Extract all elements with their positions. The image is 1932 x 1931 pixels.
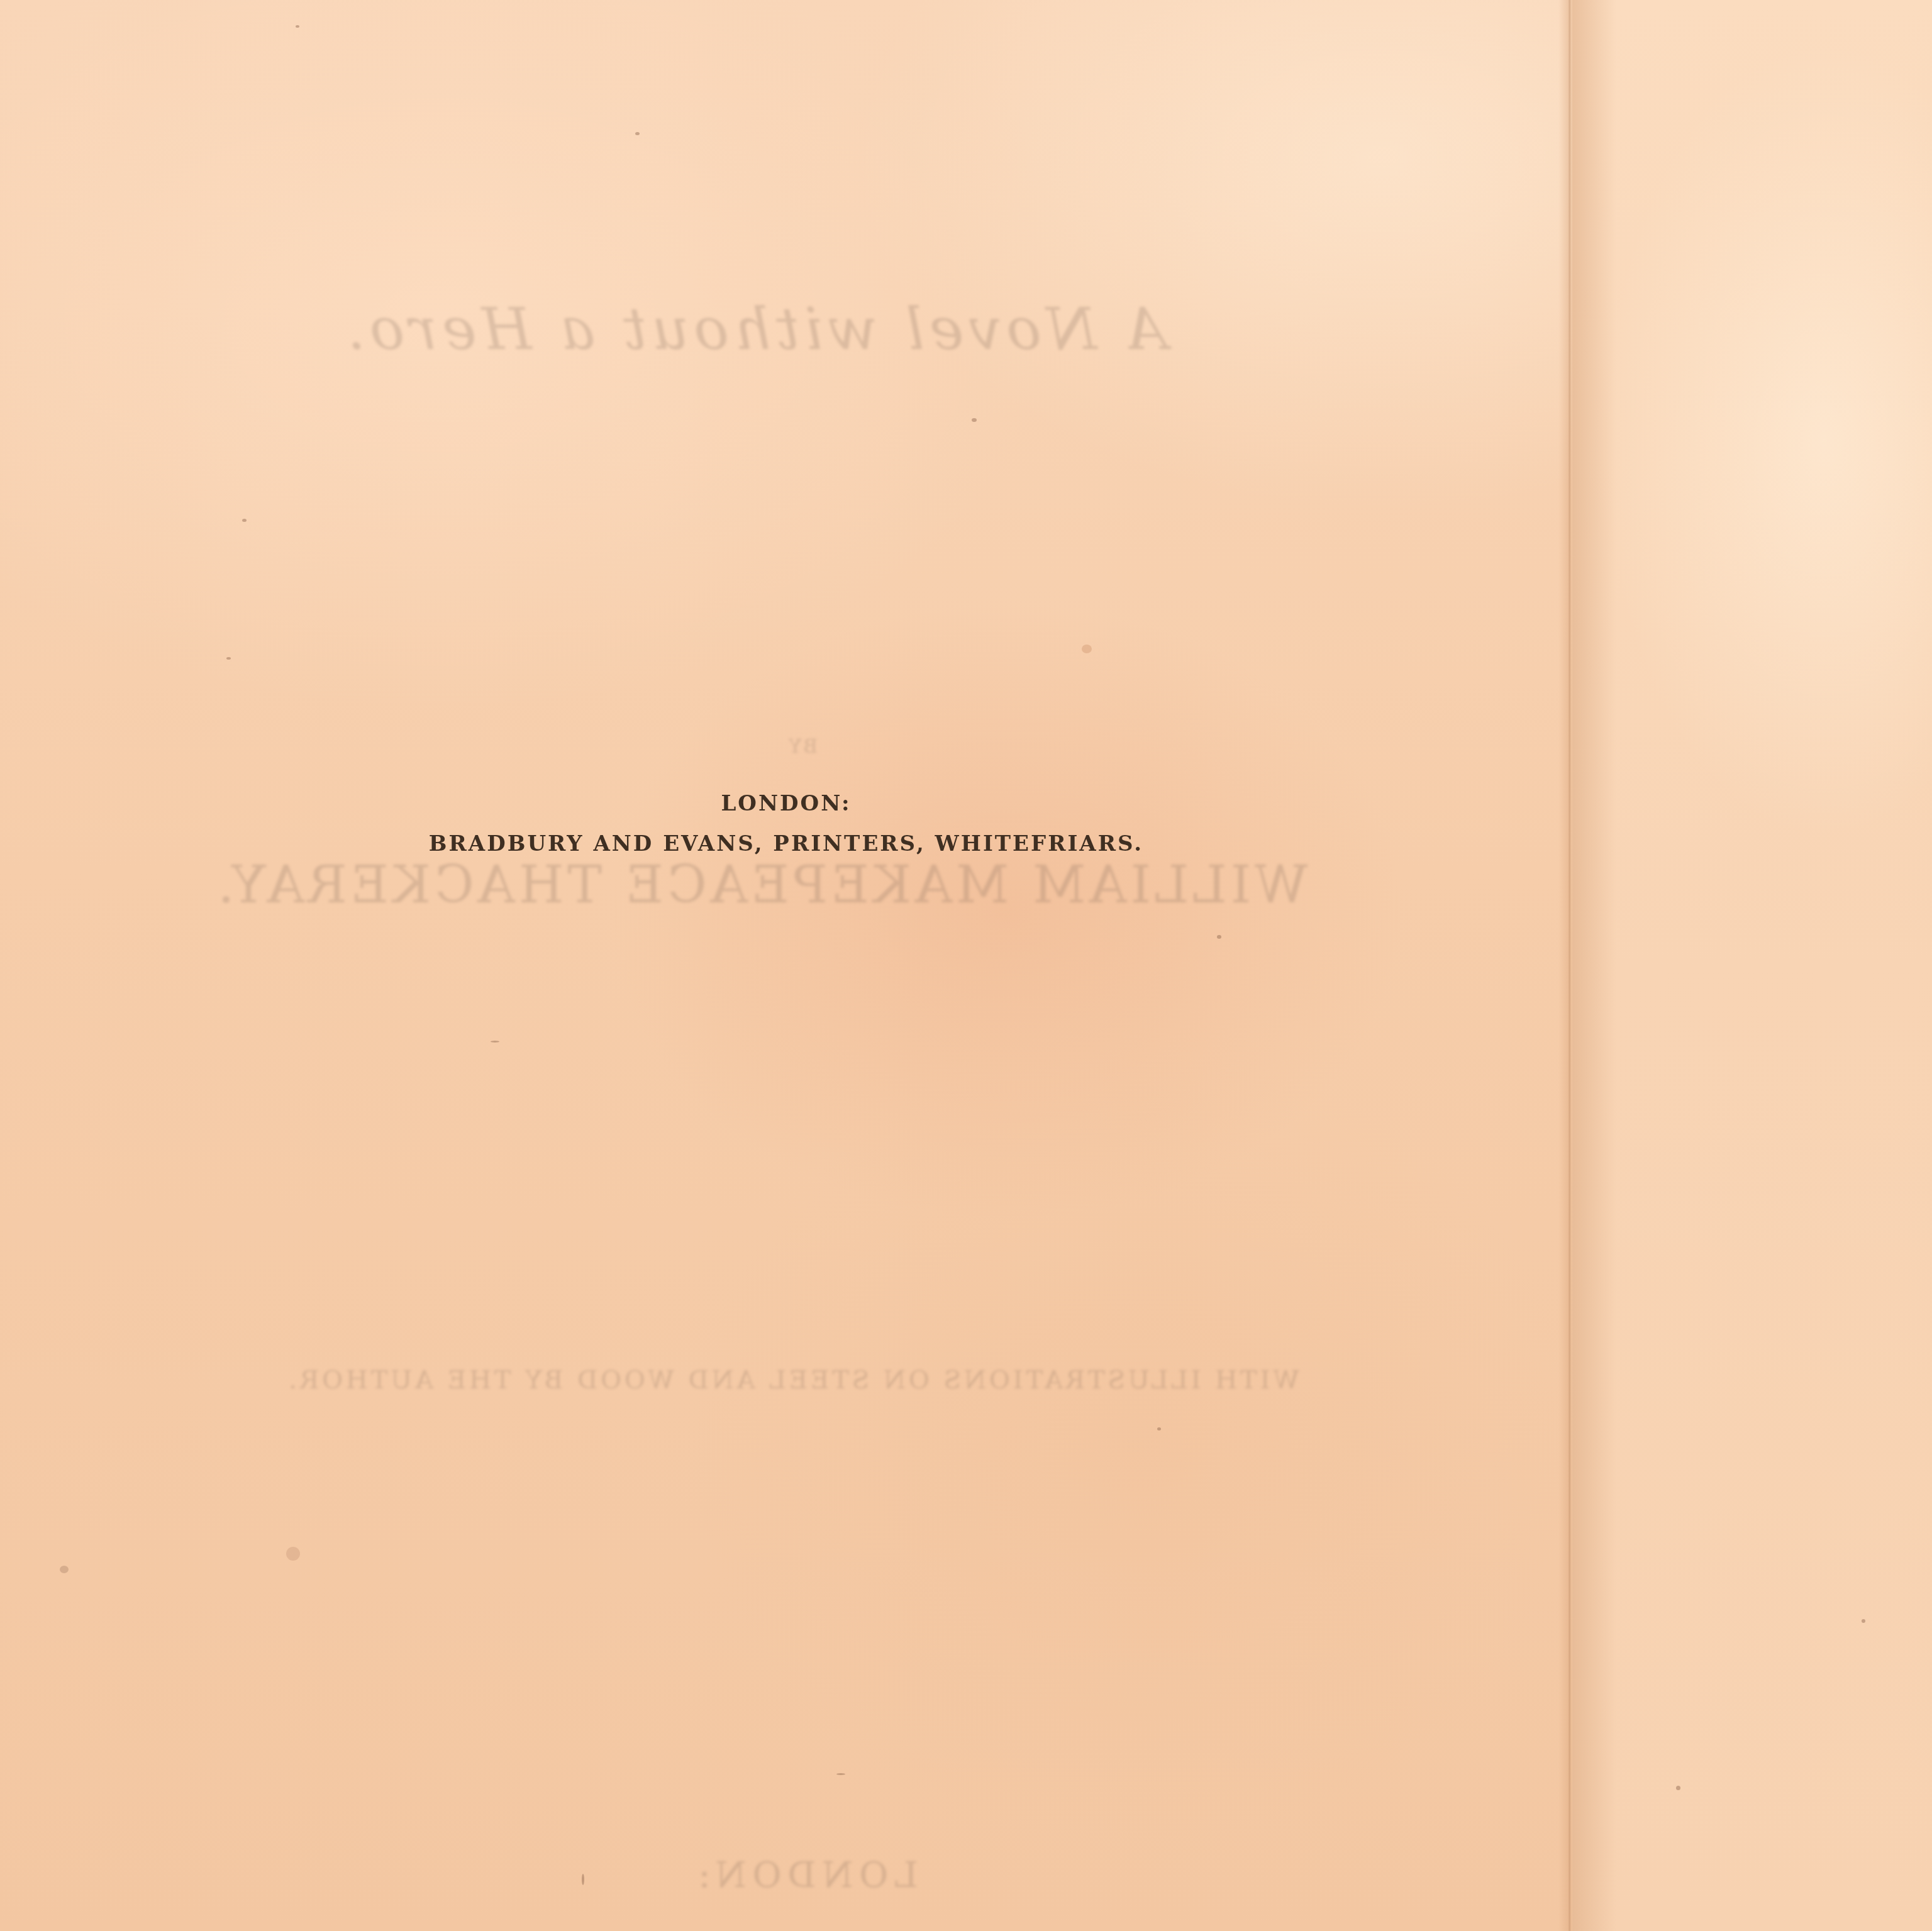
- left-page: A Novel without a Hero. BY WILLIAM MAKEP…: [0, 0, 1572, 1931]
- paper-speck: [836, 1773, 845, 1775]
- paper-speck: [1862, 1619, 1865, 1623]
- paper-speck: [1082, 645, 1092, 653]
- paper-speck: [635, 132, 640, 135]
- paper-speck: [226, 657, 231, 660]
- show-through-illustrations: WITH ILLUSTRATIONS ON STEEL AND WOOD BY …: [6, 1366, 1579, 1395]
- paper-speck: [582, 1874, 584, 1885]
- paper-speck: [972, 418, 977, 422]
- show-through-author: WILLIAM MAKEPEACE THACKERAY.: [0, 855, 1547, 915]
- paper-speck: [1217, 935, 1221, 939]
- paper-speck: [1676, 1786, 1680, 1790]
- show-through-by: BY: [16, 736, 1588, 758]
- paper-speck: [491, 1041, 499, 1043]
- book-photo: A Novel without a Hero. BY WILLIAM MAKEP…: [0, 0, 1932, 1931]
- right-page: [1572, 0, 1932, 1931]
- show-through-subtitle: A Novel without a Hero.: [0, 296, 1541, 363]
- paper-speck: [1157, 1427, 1161, 1430]
- paper-speck: [242, 519, 247, 522]
- paper-speck: [60, 1566, 69, 1573]
- imprint-printer: BRADBURY AND EVANS, PRINTERS, WHITEFRIAR…: [0, 831, 1572, 856]
- imprint-city: LONDON:: [0, 791, 1572, 816]
- paper-speck: [286, 1547, 300, 1561]
- paper-speck: [296, 25, 299, 28]
- show-through-city: LONDON:: [19, 1855, 1591, 1896]
